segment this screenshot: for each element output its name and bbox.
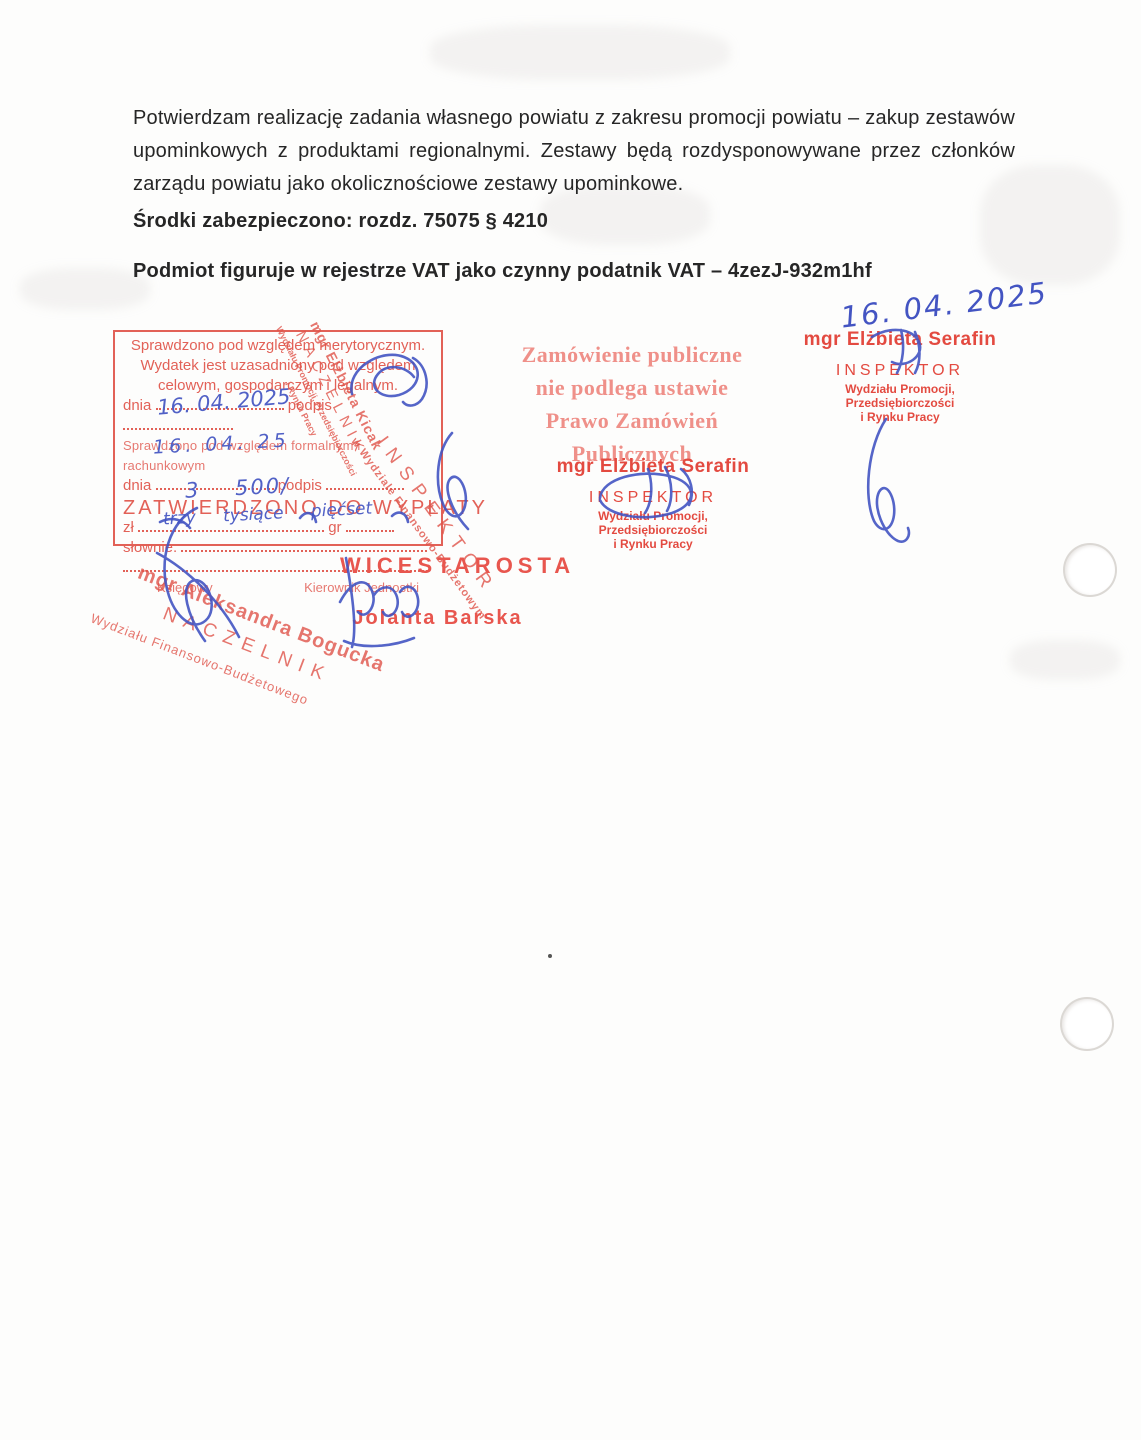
confirmation-paragraph: Potwierdzam realizację zadania własnego …	[133, 102, 1015, 201]
groszy-label: gr	[328, 519, 341, 536]
currency-label: zł	[123, 519, 134, 536]
handwritten-date-top-right: 16. 04. 2025	[839, 275, 1050, 334]
stray-ink-dot	[548, 954, 552, 958]
serafin-center-dept-2: i Rynku Pracy	[548, 537, 758, 551]
public-procurement-line2: nie podlega ustawie	[497, 371, 767, 404]
budget-line: Środki zabezpieczono: rozdz. 75075 § 421…	[133, 210, 548, 233]
date-label: dnia	[123, 477, 151, 494]
handwritten-amount: 3 500/	[185, 475, 291, 500]
serafin-right-title: INSPEKTOR	[795, 360, 1005, 382]
date-label: dnia	[123, 397, 151, 414]
bleed-through-smudge	[430, 25, 730, 80]
groszy-dotted-line	[346, 519, 394, 532]
in-words-dotted-line	[181, 539, 427, 552]
serafin-right-name: mgr Elżbieta Serafin	[795, 328, 1005, 352]
serafin-center-dept-1: Wydziału Promocji, Przedsiębiorczości	[548, 509, 758, 537]
serafin-right-dept-2: i Rynku Pracy	[795, 410, 1005, 424]
public-procurement-line1: Zamówienie publiczne	[497, 338, 767, 371]
wicestarosta-name: Jolanta Barska	[340, 607, 535, 630]
punch-hole-shadow	[1063, 543, 1117, 597]
serafin-right-dept-1: Wydziału Promocji, Przedsiębiorczości	[795, 382, 1005, 410]
vat-registry-line: Podmiot figuruje w rejestrze VAT jako cz…	[133, 260, 872, 283]
signature-stroke-right	[868, 419, 909, 542]
bleed-through-smudge	[20, 268, 150, 310]
serafin-center-title: INSPEKTOR	[548, 487, 758, 509]
serafin-inspector-stamp-right: mgr Elżbieta Serafin INSPEKTOR Wydziału …	[795, 328, 1005, 424]
serafin-inspector-stamp-center: mgr Elżbieta Serafin INSPEKTOR Wydziału …	[548, 455, 758, 551]
bleed-through-smudge	[1010, 640, 1120, 680]
punch-hole-shadow	[1060, 997, 1114, 1051]
scanned-document-page: Potwierdzam realizację zadania własnego …	[0, 0, 1141, 1440]
public-procurement-stamp: Zamówienie publiczne nie podlega ustawie…	[497, 338, 767, 470]
serafin-center-name: mgr Elżbieta Serafin	[548, 455, 758, 479]
wicestarosta-stamp: WICESTAROSTA Jolanta Barska	[340, 553, 535, 630]
wicestarosta-title: WICESTAROSTA	[340, 553, 535, 579]
signature-dotted-line	[123, 417, 233, 430]
